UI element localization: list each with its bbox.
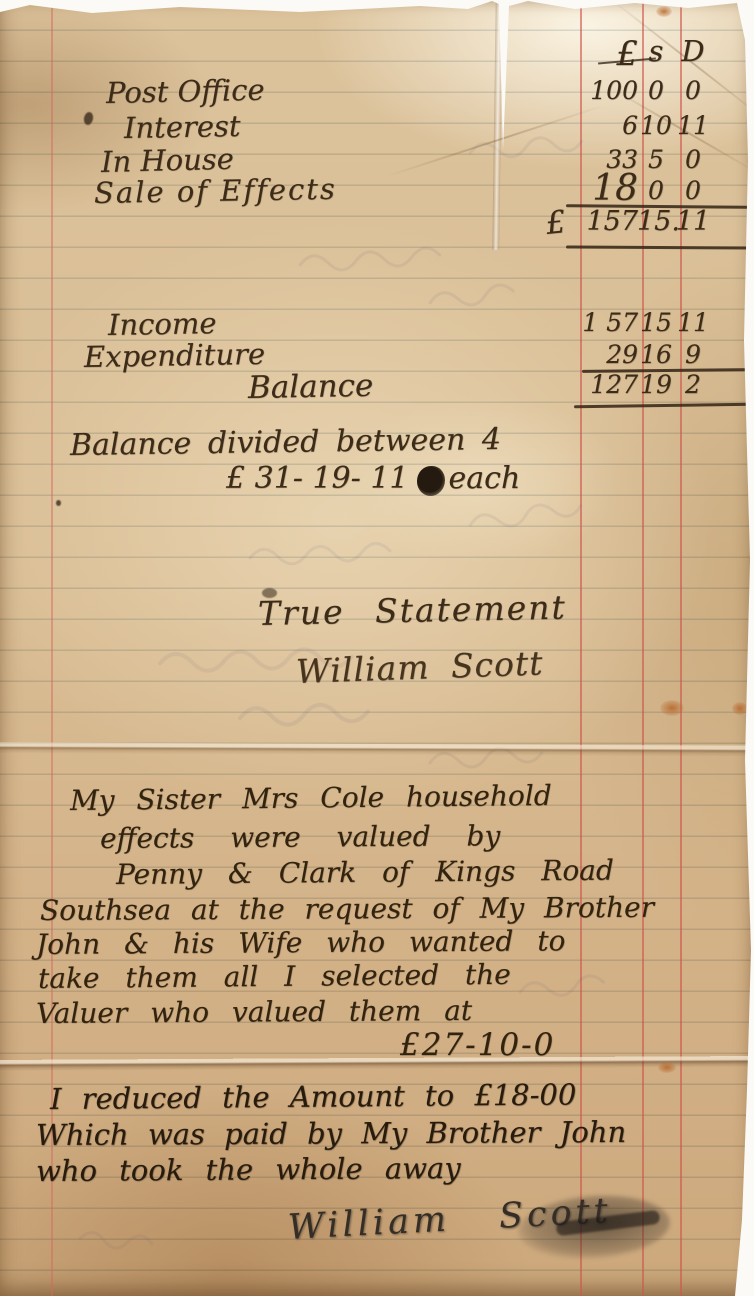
shillings-value: 10 <box>637 111 675 140</box>
rust-stain <box>732 702 748 715</box>
shillings-value: 0 <box>637 176 675 205</box>
valuation-note-line: Southsea at the request of My Brother <box>40 891 654 927</box>
pounds-value: 1 57 <box>574 308 638 337</box>
valuation-note-line: effects were valued by <box>100 819 500 855</box>
rust-stain <box>658 1062 676 1073</box>
valuation-note-line: John & his Wife who wanted to <box>36 924 566 961</box>
pence-column-header: D <box>671 34 715 68</box>
division-suffix: each <box>449 461 521 496</box>
ledger-row-income-total: £ 157 15. 11 <box>0 206 754 242</box>
ledger-row-interest: Interest 6 10 11 <box>0 111 754 147</box>
pence-value: 0 <box>671 76 715 105</box>
pound-sign: £ <box>544 204 567 242</box>
shillings-column-header: s <box>637 34 675 68</box>
ledger-row-balance: Balance 127 19 2 <box>0 370 754 406</box>
valuation-note-line: take them all I selected the <box>38 958 511 995</box>
pence-value: 0 <box>671 145 715 174</box>
shillings-value: 5 <box>637 145 675 174</box>
pence-value: 0 <box>671 176 715 205</box>
entry-label: Interest <box>124 109 241 145</box>
reduction-note-line: I reduced the Amount to £18-00 <box>50 1077 577 1116</box>
pounds-value: 127 <box>574 370 638 399</box>
valuation-amount: £27-10-0 <box>400 1027 555 1063</box>
ink-blot <box>417 466 445 496</box>
rust-stain <box>660 700 684 716</box>
pounds-value: 157 <box>574 206 638 237</box>
entry-label: Post Office <box>106 73 265 110</box>
pounds-column-header: £ <box>574 34 638 74</box>
entry-label: Sale of Effects <box>94 172 337 210</box>
balance-division-amount-line: £ 31- 19- 11each <box>226 461 520 496</box>
valuation-note-line: My Sister Mrs Cole household <box>70 779 552 817</box>
pounds-value: 6 <box>574 111 638 140</box>
true-statement-heading: True Statement <box>258 588 567 633</box>
entry-label: Income <box>108 306 217 342</box>
currency-column-headers: £ s D <box>0 34 754 70</box>
ledger-paper-sheet: £ s D Post Office 100 0 0 Interest 6 10 … <box>0 0 754 1296</box>
shillings-value: 16 <box>637 340 675 369</box>
entry-label: Balance <box>248 368 374 406</box>
shillings-value: 0 <box>637 76 675 105</box>
valuation-note-line: Valuer who valued them at <box>36 994 472 1030</box>
reduction-note-line: who took the whole away <box>36 1151 461 1188</box>
pence-value: 2 <box>671 370 715 399</box>
valuation-note-line: Penny & Clark of Kings Road <box>116 854 614 891</box>
pounds-value: 29 <box>574 340 638 369</box>
ink-mark <box>56 500 61 506</box>
ledger-row-post-office: Post Office 100 0 0 <box>0 76 754 112</box>
shillings-value: 15. <box>637 206 675 237</box>
pence-value: 11 <box>671 308 715 337</box>
pounds-value: 100 <box>574 76 638 105</box>
rust-stain <box>656 6 672 17</box>
reduction-note-line: Which was paid by My Brother John <box>36 1115 626 1152</box>
division-amount: £ 31- 19- 11 <box>226 461 409 496</box>
balance-division-note: Balance divided between 4 <box>70 422 501 463</box>
entry-label: Expenditure <box>84 337 266 374</box>
shillings-value: 15 <box>637 308 675 337</box>
pence-value: 11 <box>671 111 715 140</box>
pounds-value: 18 <box>574 168 638 209</box>
pence-value: 9 <box>671 340 715 369</box>
scanned-document: £ s D Post Office 100 0 0 Interest 6 10 … <box>0 0 754 1296</box>
pence-value: 11 <box>671 206 715 237</box>
shillings-value: 19 <box>637 370 675 399</box>
